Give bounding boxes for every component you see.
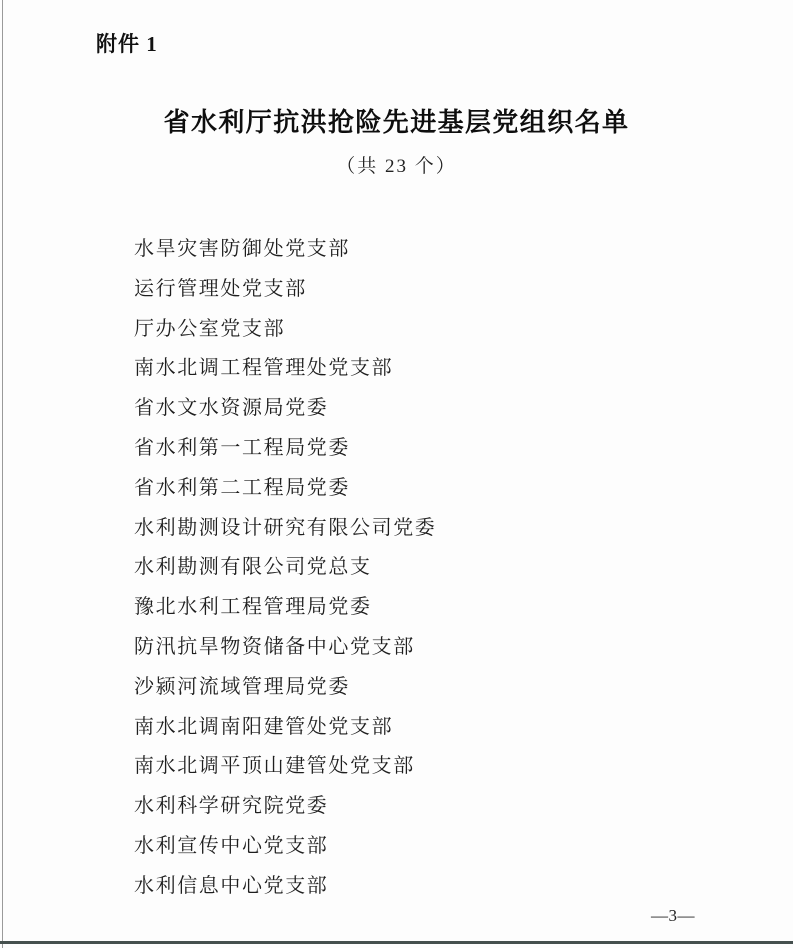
page-number: —3— — [651, 906, 695, 926]
page-title: 省水利厅抗洪抢险先进基层党组织名单 — [0, 102, 793, 139]
list-item: 南水北调南阳建管处党支部 — [134, 708, 436, 748]
list-item: 水利宣传中心党支部 — [134, 827, 436, 867]
list-item: 豫北水利工程管理局党委 — [134, 588, 436, 628]
list-item: 省水利第二工程局党委 — [134, 469, 436, 509]
list-item: 水旱灾害防御处党支部 — [134, 230, 436, 270]
scan-edge-bottom — [0, 941, 793, 944]
list-item: 省水利第一工程局党委 — [134, 429, 436, 469]
list-item: 水利勘测设计研究有限公司党委 — [134, 509, 436, 549]
list-item: 省水文水资源局党委 — [134, 389, 436, 429]
list-item: 防汛抗旱物资储备中心党支部 — [134, 628, 436, 668]
list-item: 水利科学研究院党委 — [134, 787, 436, 827]
page-subtitle: （共 23 个） — [0, 151, 793, 178]
scan-edge-left — [2, 0, 3, 948]
list-item: 南水北调工程管理处党支部 — [134, 349, 436, 389]
list-item: 厅办公室党支部 — [134, 310, 436, 350]
list-item: 水利勘测有限公司党总支 — [134, 548, 436, 588]
document-page: 附件 1 省水利厅抗洪抢险先进基层党组织名单 （共 23 个） 水旱灾害防御处党… — [0, 0, 793, 948]
org-list: 水旱灾害防御处党支部运行管理处党支部厅办公室党支部南水北调工程管理处党支部省水文… — [134, 230, 436, 907]
list-item: 水利信息中心党支部 — [134, 867, 436, 907]
list-item: 沙颍河流域管理局党委 — [134, 668, 436, 708]
list-item: 南水北调平顶山建管处党支部 — [134, 747, 436, 787]
list-item: 运行管理处党支部 — [134, 270, 436, 310]
attachment-label: 附件 1 — [96, 28, 158, 58]
